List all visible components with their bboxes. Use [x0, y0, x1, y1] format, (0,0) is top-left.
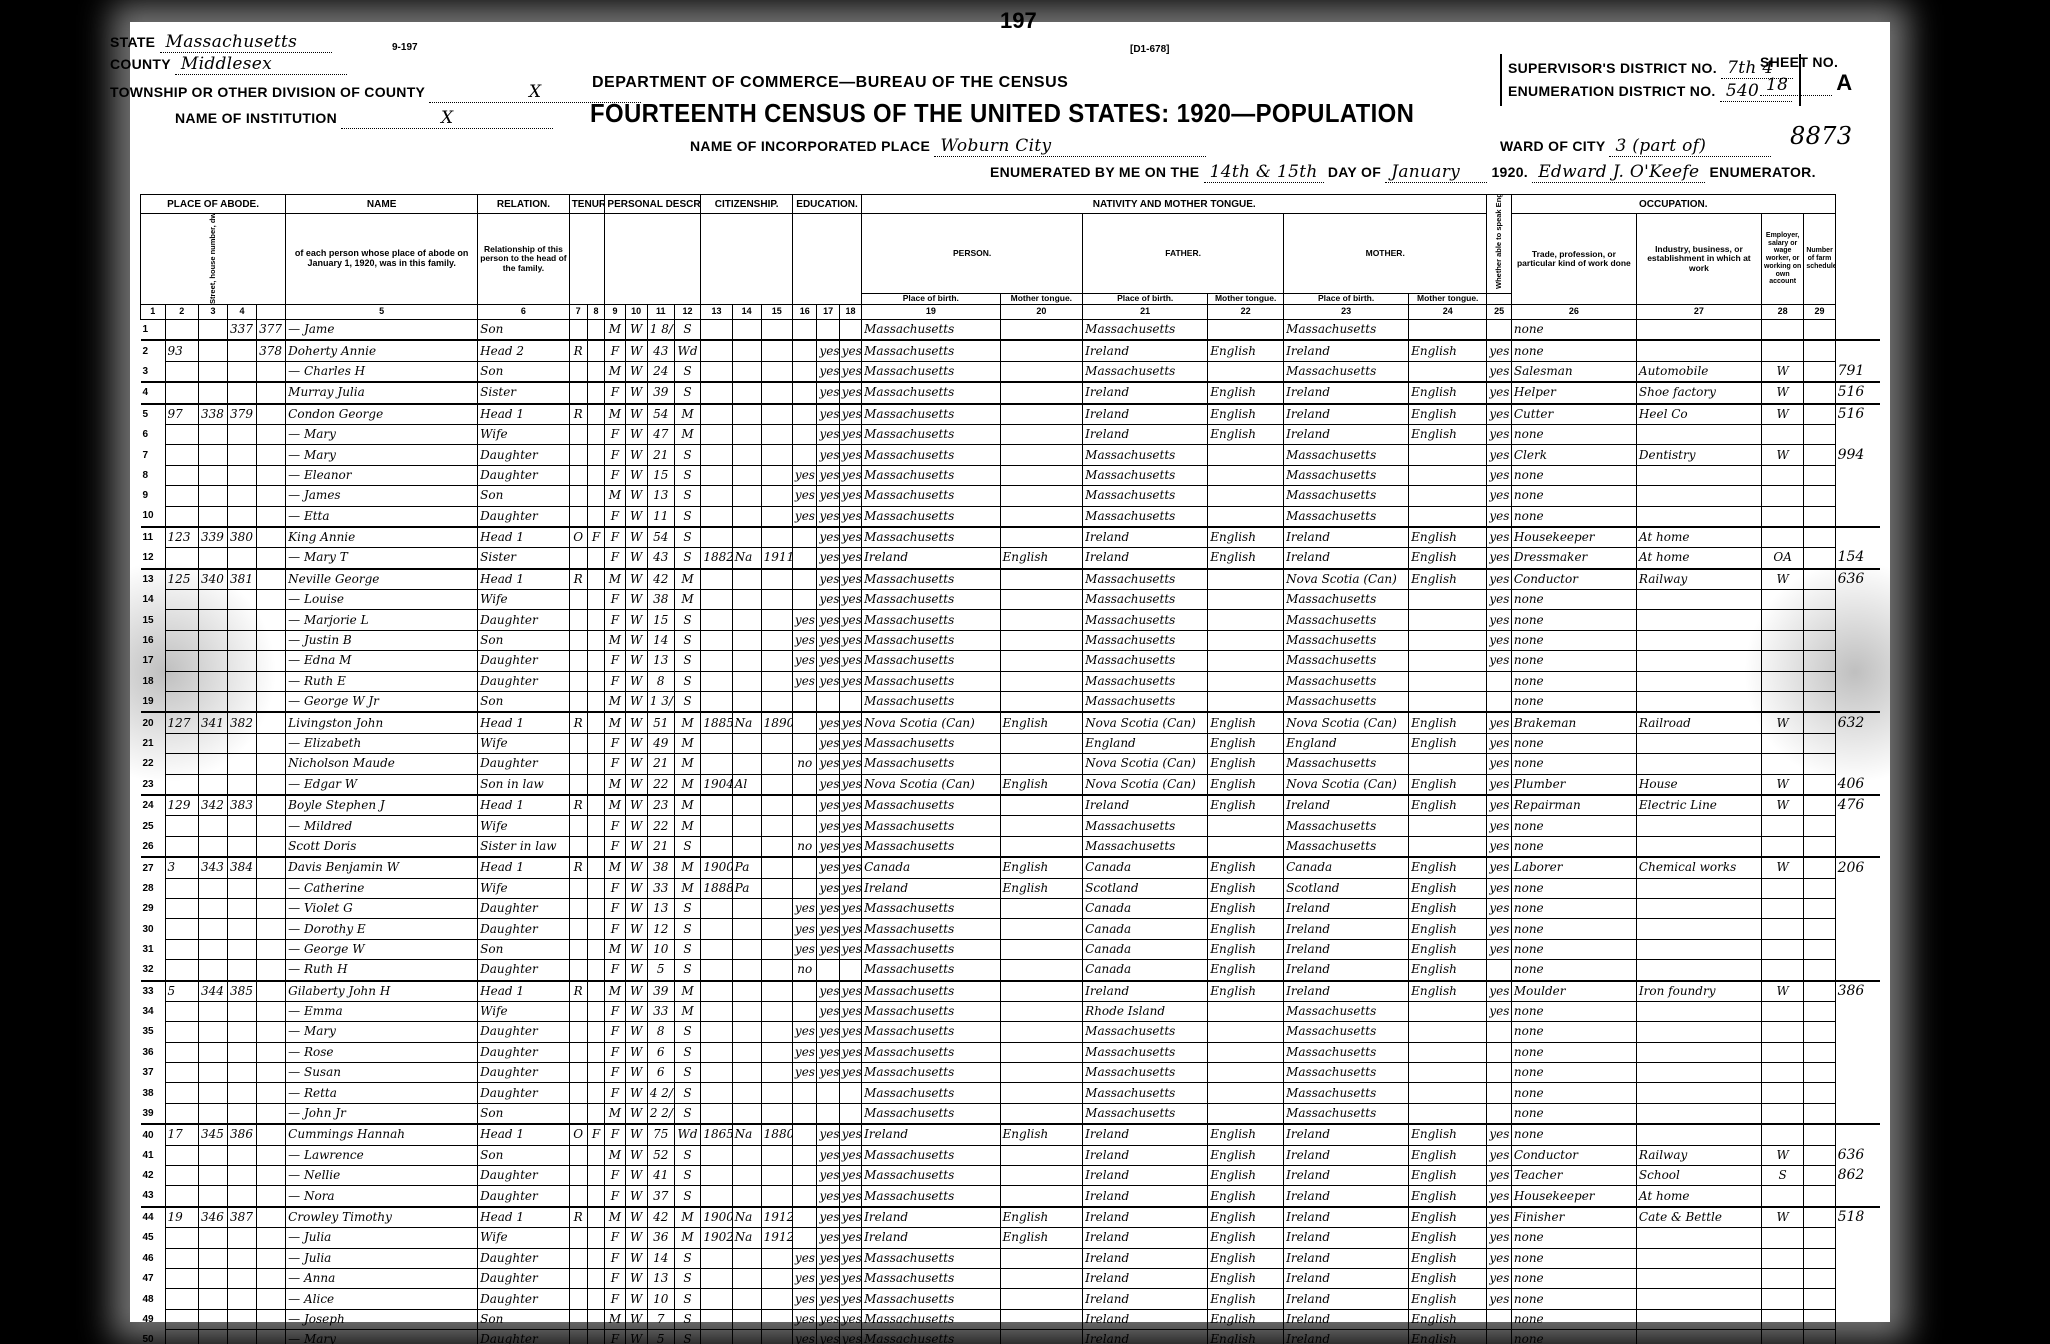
family-number-cell — [257, 527, 286, 548]
relation-cell: Wife — [478, 590, 570, 610]
table-row: 4419346387Crowley TimothyHead 1RMW42M190… — [141, 1207, 1881, 1228]
occupation-cell: none — [1511, 506, 1636, 527]
father-tongue-cell: English — [1208, 878, 1284, 898]
relation-cell: Daughter — [478, 610, 570, 630]
immigration-year-cell — [701, 1001, 732, 1021]
farm-schedule-cell — [1804, 1124, 1835, 1145]
can-write-cell: yes — [839, 548, 861, 569]
table-row: 48— AliceDaughterFW10SyesyesyesMassachus… — [141, 1289, 1881, 1309]
can-read-cell: yes — [817, 795, 839, 816]
relation-cell: Daughter — [478, 898, 570, 918]
dwelling-number-cell — [228, 733, 257, 753]
naturalization-year-cell — [761, 486, 792, 506]
house-number-cell — [199, 1228, 228, 1248]
father-birthplace-cell: Ireland — [1083, 1289, 1208, 1309]
mother-tongue-cell — [1000, 836, 1083, 857]
father-birthplace-cell: Massachusetts — [1083, 651, 1208, 671]
immigration-year-cell — [701, 1248, 732, 1268]
industry-cell — [1636, 424, 1761, 444]
father-tongue-cell — [1208, 1103, 1284, 1124]
marital-status-cell: S — [674, 1289, 701, 1309]
tenure-mortgage-cell — [587, 1001, 605, 1021]
naturalization-year-cell — [761, 1083, 792, 1103]
occupation-cell: none — [1511, 1103, 1636, 1124]
dwelling-number-cell — [228, 898, 257, 918]
naturalization-year-cell — [761, 1248, 792, 1268]
occupation-cell: Laborer — [1511, 857, 1636, 878]
margin-code-cell: 518 — [1835, 1207, 1880, 1228]
age-cell: 43 — [647, 548, 674, 569]
age-cell: 22 — [647, 816, 674, 836]
table-row: 35— MaryDaughterFW8SyesyesyesMassachuset… — [141, 1022, 1881, 1042]
immigration-year-cell — [701, 1103, 732, 1124]
naturalization-year-cell — [761, 919, 792, 939]
sex-cell: F — [605, 527, 625, 548]
farm-schedule-cell — [1804, 712, 1835, 733]
mother-birthplace-cell: Ireland — [1284, 404, 1409, 425]
naturalization-status-cell — [732, 795, 761, 816]
naturalization-status-cell — [732, 651, 761, 671]
attended-school-cell — [792, 795, 817, 816]
margin-code-cell — [1835, 754, 1880, 774]
mother-birthplace-cell: Ireland — [1284, 548, 1409, 569]
employer-class-cell — [1761, 527, 1803, 548]
farm-schedule-cell — [1804, 733, 1835, 753]
margin-code-cell — [1835, 898, 1880, 918]
table-row: 25— MildredWifeFW22MyesyesMassachusettsM… — [141, 816, 1881, 836]
mother-tongue-cell — [1000, 506, 1083, 527]
line-number-cell: 22 — [141, 754, 166, 774]
house-number-cell: 344 — [199, 981, 228, 1002]
race-cell: W — [625, 1001, 647, 1021]
person-name-cell: — Ruth E — [286, 671, 478, 691]
race-cell: W — [625, 1063, 647, 1083]
street-number-cell — [165, 486, 198, 506]
line-number-cell: 16 — [141, 630, 166, 650]
immigration-year-cell — [701, 1268, 732, 1288]
family-number-cell — [257, 857, 286, 878]
can-read-cell: yes — [817, 1022, 839, 1042]
tenure-mortgage-cell — [587, 445, 605, 465]
mother-tongue-cell — [1000, 898, 1083, 918]
line-number-cell: 44 — [141, 1207, 166, 1228]
naturalization-year-cell — [761, 1268, 792, 1288]
naturalization-status-cell — [732, 1248, 761, 1268]
can-read-cell: yes — [817, 486, 839, 506]
house-number-cell — [199, 1268, 228, 1288]
person-name-cell: — Mary T — [286, 548, 478, 569]
mother-tongue-cell — [1000, 486, 1083, 506]
family-number-cell — [257, 590, 286, 610]
relation-cell: Wife — [478, 424, 570, 444]
speaks-english-cell: yes — [1487, 548, 1512, 569]
race-cell: W — [625, 1145, 647, 1165]
marital-status-cell: Wd — [674, 1124, 701, 1145]
family-number-cell — [257, 404, 286, 425]
mother-tongue-cell: English — [1000, 712, 1083, 733]
race-cell: W — [625, 1166, 647, 1186]
street-number-cell: 17 — [165, 1124, 198, 1145]
table-row: 30— Dorothy EDaughterFW12SyesyesyesMassa… — [141, 919, 1881, 939]
marital-status-cell: S — [674, 671, 701, 691]
family-number-cell — [257, 692, 286, 713]
tenure-mortgage-cell — [587, 898, 605, 918]
line-number-cell: 7 — [141, 445, 166, 465]
father-birthplace-cell: Ireland — [1083, 1309, 1208, 1329]
tenure-owned-cell — [569, 1145, 587, 1165]
mother-tongue-mother-cell: English — [1409, 919, 1487, 939]
industry-cell: At home — [1636, 527, 1761, 548]
race-cell: W — [625, 569, 647, 590]
dwelling-number-cell — [228, 774, 257, 795]
person-name-cell: Doherty Annie — [286, 340, 478, 361]
can-write-cell: yes — [839, 754, 861, 774]
dwelling-number-cell — [228, 340, 257, 361]
industry-cell — [1636, 590, 1761, 610]
occupation-cell: Housekeeper — [1511, 1186, 1636, 1207]
mother-birthplace-cell: Nova Scotia (Can) — [1284, 569, 1409, 590]
immigration-year-cell — [701, 404, 732, 425]
naturalization-year-cell — [761, 382, 792, 403]
house-number-cell: 343 — [199, 857, 228, 878]
race-cell: W — [625, 960, 647, 981]
speaks-english-cell — [1487, 1042, 1512, 1062]
family-number-cell — [257, 630, 286, 650]
can-write-cell: yes — [839, 382, 861, 403]
occupation-cell: none — [1511, 1248, 1636, 1268]
naturalization-status-cell — [732, 939, 761, 959]
occupation-cell: none — [1511, 630, 1636, 650]
sex-cell: M — [605, 404, 625, 425]
can-write-cell: yes — [839, 1248, 861, 1268]
speaks-english-cell: yes — [1487, 1186, 1512, 1207]
enumeration-days: 14th & 15th — [1204, 162, 1324, 183]
occupation-cell: none — [1511, 692, 1636, 713]
house-number-cell — [199, 1289, 228, 1309]
employer-class-cell — [1761, 919, 1803, 939]
naturalization-status-cell — [732, 898, 761, 918]
employer-class-cell — [1761, 340, 1803, 361]
house-number-cell — [199, 1022, 228, 1042]
house-number-cell — [199, 630, 228, 650]
marital-status-cell: S — [674, 506, 701, 527]
mother-birthplace-cell: Ireland — [1284, 1248, 1409, 1268]
tenure-owned-cell — [569, 939, 587, 959]
mother-tongue-cell — [1000, 610, 1083, 630]
house-number-cell — [199, 919, 228, 939]
sex-cell: M — [605, 692, 625, 713]
immigration-year-cell: 1885 — [701, 712, 732, 733]
sex-cell: M — [605, 361, 625, 382]
immigration-year-cell — [701, 1186, 732, 1207]
marital-status-cell: M — [674, 857, 701, 878]
employer-class-cell — [1761, 465, 1803, 485]
employer-class-cell — [1761, 1268, 1803, 1288]
can-write-cell: yes — [839, 486, 861, 506]
naturalization-status-cell — [732, 1309, 761, 1329]
dwelling-number-cell — [228, 382, 257, 403]
mother-birthplace-cell: Massachusetts — [1284, 445, 1409, 465]
speaks-english-cell: yes — [1487, 1207, 1512, 1228]
family-number-cell — [257, 1289, 286, 1309]
occupation-cell: none — [1511, 836, 1636, 857]
dwelling-number-cell — [228, 1289, 257, 1309]
tenure-owned-cell — [569, 361, 587, 382]
line-number-cell: 45 — [141, 1228, 166, 1248]
tenure-owned-cell — [569, 1186, 587, 1207]
house-number-cell — [199, 733, 228, 753]
tenure-owned-cell — [569, 465, 587, 485]
tenure-mortgage-cell: F — [587, 1124, 605, 1145]
mother-tongue-cell — [1000, 1083, 1083, 1103]
family-number-cell — [257, 1022, 286, 1042]
house-number-cell: 338 — [199, 404, 228, 425]
age-cell: 42 — [647, 569, 674, 590]
speaks-english-cell: yes — [1487, 836, 1512, 857]
sex-cell: F — [605, 960, 625, 981]
line-number-cell: 4 — [141, 382, 166, 403]
mother-tongue-cell — [1000, 816, 1083, 836]
person-name-cell: — Ruth H — [286, 960, 478, 981]
age-cell: 13 — [647, 1268, 674, 1288]
house-number-cell — [199, 486, 228, 506]
occupation-cell: Helper — [1511, 382, 1636, 403]
can-write-cell: yes — [839, 506, 861, 527]
tenure-mortgage-cell — [587, 836, 605, 857]
father-tongue-cell: English — [1208, 1268, 1284, 1288]
sex-cell: M — [605, 486, 625, 506]
tenure-mortgage-cell — [587, 981, 605, 1002]
immigration-year-cell — [701, 754, 732, 774]
farm-schedule-cell — [1804, 382, 1835, 403]
family-number-cell — [257, 1248, 286, 1268]
farm-schedule-cell — [1804, 1309, 1835, 1329]
dwelling-number-cell — [228, 610, 257, 630]
age-cell: 14 — [647, 630, 674, 650]
sex-cell: M — [605, 569, 625, 590]
naturalization-year-cell — [761, 1166, 792, 1186]
naturalization-year-cell — [761, 445, 792, 465]
margin-code-cell: 476 — [1835, 795, 1880, 816]
person-name-cell: — Jame — [286, 320, 478, 341]
dwelling-number-cell — [228, 1103, 257, 1124]
mother-tongue-mother-cell: English — [1409, 939, 1487, 959]
attended-school-cell: yes — [792, 1022, 817, 1042]
can-read-cell: yes — [817, 590, 839, 610]
industry-cell — [1636, 939, 1761, 959]
house-number-cell — [199, 692, 228, 713]
father-birthplace-cell: Massachusetts — [1083, 1022, 1208, 1042]
can-read-cell: yes — [817, 1289, 839, 1309]
dwelling-number-cell — [228, 1186, 257, 1207]
street-number-cell — [165, 465, 198, 485]
line-number-cell: 27 — [141, 857, 166, 878]
farm-schedule-cell — [1804, 1166, 1835, 1186]
mother-birthplace-cell: Massachusetts — [1284, 692, 1409, 713]
can-write-cell: yes — [839, 1145, 861, 1165]
line-number-cell: 41 — [141, 1145, 166, 1165]
farm-schedule-cell — [1804, 1001, 1835, 1021]
tenure-mortgage-cell — [587, 1186, 605, 1207]
person-name-cell: — Mary — [286, 445, 478, 465]
father-birthplace-cell: Ireland — [1083, 1330, 1208, 1344]
table-row: 335344385Gilaberty John HHead 1RMW39Myes… — [141, 981, 1881, 1002]
margin-code-cell: 636 — [1835, 1145, 1880, 1165]
tenure-owned-cell — [569, 320, 587, 341]
age-cell: 37 — [647, 1186, 674, 1207]
naturalization-year-cell — [761, 340, 792, 361]
mother-tongue-cell — [1000, 671, 1083, 691]
mother-tongue-cell — [1000, 754, 1083, 774]
mother-tongue-cell — [1000, 569, 1083, 590]
father-birthplace-cell: Ireland — [1083, 340, 1208, 361]
race-cell: W — [625, 527, 647, 548]
naturalization-year-cell — [761, 733, 792, 753]
naturalization-year-cell — [761, 465, 792, 485]
house-number-cell: 342 — [199, 795, 228, 816]
mother-tongue-mother-cell: English — [1409, 1268, 1487, 1288]
naturalization-year-cell: 1890 — [761, 712, 792, 733]
birthplace-cell: Ireland — [862, 878, 1000, 898]
dwelling-number-cell — [228, 1248, 257, 1268]
street-number-cell — [165, 361, 198, 382]
occupation-cell: none — [1511, 1330, 1636, 1344]
race-cell: W — [625, 445, 647, 465]
marital-status-cell: M — [674, 1228, 701, 1248]
speaks-english-cell: yes — [1487, 1145, 1512, 1165]
can-write-cell: yes — [839, 361, 861, 382]
relation-cell: Wife — [478, 1228, 570, 1248]
relation-cell: Daughter — [478, 919, 570, 939]
father-birthplace-cell: Massachusetts — [1083, 361, 1208, 382]
employer-class-cell — [1761, 1309, 1803, 1329]
sheet-number-field: SHEET NO. 18 A — [1760, 54, 1852, 96]
father-birthplace-cell: Canada — [1083, 960, 1208, 981]
street-number-cell: 129 — [165, 795, 198, 816]
person-name-cell: — Etta — [286, 506, 478, 527]
occupation-cell: none — [1511, 651, 1636, 671]
naturalization-year-cell — [761, 981, 792, 1002]
sheet-header: 197 9-197 [D1-678] STATE Massachusetts C… — [130, 22, 1890, 192]
employer-class-cell — [1761, 320, 1803, 341]
speaks-english-cell: yes — [1487, 340, 1512, 361]
mother-birthplace-cell: Massachusetts — [1284, 1063, 1409, 1083]
naturalization-year-cell — [761, 857, 792, 878]
father-tongue-cell — [1208, 465, 1284, 485]
person-name-cell: — Rose — [286, 1042, 478, 1062]
speaks-english-cell — [1487, 1330, 1512, 1344]
industry-cell — [1636, 1124, 1761, 1145]
naturalization-year-cell — [761, 754, 792, 774]
tenure-mortgage-cell — [587, 651, 605, 671]
employer-class-cell — [1761, 424, 1803, 444]
column-number-row: 1 2 3 4 5 6 7 8 9 10 11 12 13 14 15 16 1… — [141, 305, 1881, 320]
can-read-cell: yes — [817, 465, 839, 485]
street-number-cell — [165, 1309, 198, 1329]
margin-code-cell — [1835, 671, 1880, 691]
street-number-cell: 3 — [165, 857, 198, 878]
mother-tongue-cell — [1000, 1289, 1083, 1309]
speaks-english-cell: yes — [1487, 816, 1512, 836]
margin-code-cell — [1835, 1228, 1880, 1248]
sex-cell: F — [605, 1166, 625, 1186]
birthplace-cell: Massachusetts — [862, 919, 1000, 939]
line-number-cell: 14 — [141, 590, 166, 610]
margin-code-cell — [1835, 1330, 1880, 1344]
age-cell: 1 3/12 — [647, 692, 674, 713]
table-row: 12— Mary TSisterFW43S1882Na1911yesyesIre… — [141, 548, 1881, 569]
immigration-year-cell — [701, 692, 732, 713]
street-number-cell — [165, 1063, 198, 1083]
tenure-owned-cell: R — [569, 404, 587, 425]
can-read-cell: yes — [817, 712, 839, 733]
immigration-year-cell — [701, 361, 732, 382]
naturalization-status-cell — [732, 1186, 761, 1207]
tenure-owned-cell — [569, 960, 587, 981]
farm-schedule-cell — [1804, 1145, 1835, 1165]
father-tongue-cell — [1208, 569, 1284, 590]
tenure-mortgage-cell — [587, 1166, 605, 1186]
can-read-cell: yes — [817, 774, 839, 795]
mother-tongue-mother-cell — [1409, 465, 1487, 485]
margin-code-cell — [1835, 1124, 1880, 1145]
line-number-cell: 19 — [141, 692, 166, 713]
age-cell: 14 — [647, 1248, 674, 1268]
farm-schedule-cell — [1804, 1083, 1835, 1103]
industry-cell — [1636, 340, 1761, 361]
family-number-cell — [257, 548, 286, 569]
person-name-cell: — John Jr — [286, 1103, 478, 1124]
employer-class-cell — [1761, 1228, 1803, 1248]
father-tongue-cell: English — [1208, 404, 1284, 425]
house-number-cell: 346 — [199, 1207, 228, 1228]
tenure-owned-cell: R — [569, 795, 587, 816]
can-write-cell: yes — [839, 404, 861, 425]
father-birthplace-cell: Massachusetts — [1083, 445, 1208, 465]
farm-schedule-cell — [1804, 960, 1835, 981]
sex-cell: F — [605, 1042, 625, 1062]
naturalization-status-cell — [732, 527, 761, 548]
sex-cell: F — [605, 1228, 625, 1248]
race-cell: W — [625, 939, 647, 959]
farm-schedule-cell — [1804, 878, 1835, 898]
naturalization-status-cell — [732, 486, 761, 506]
person-name-cell: — Elizabeth — [286, 733, 478, 753]
mother-tongue-mother-cell — [1409, 1001, 1487, 1021]
industry-cell — [1636, 960, 1761, 981]
sex-cell: F — [605, 1268, 625, 1288]
immigration-year-cell — [701, 590, 732, 610]
speaks-english-cell: yes — [1487, 898, 1512, 918]
mother-birthplace-cell: Ireland — [1284, 795, 1409, 816]
tenure-mortgage-cell — [587, 506, 605, 527]
table-row: 23— Edgar WSon in lawMW22M1904AlyesyesNo… — [141, 774, 1881, 795]
race-cell: W — [625, 1309, 647, 1329]
dwelling-number-cell — [228, 486, 257, 506]
race-cell: W — [625, 1268, 647, 1288]
house-number-cell — [199, 1042, 228, 1062]
sex-cell: M — [605, 630, 625, 650]
birthplace-cell: Ireland — [862, 1124, 1000, 1145]
attended-school-cell — [792, 424, 817, 444]
naturalization-status-cell — [732, 1103, 761, 1124]
age-cell: 38 — [647, 857, 674, 878]
attended-school-cell — [792, 320, 817, 341]
tenure-owned-cell — [569, 506, 587, 527]
immigration-year-cell — [701, 445, 732, 465]
employer-class-cell: W — [1761, 1145, 1803, 1165]
employer-class-cell: S — [1761, 1166, 1803, 1186]
